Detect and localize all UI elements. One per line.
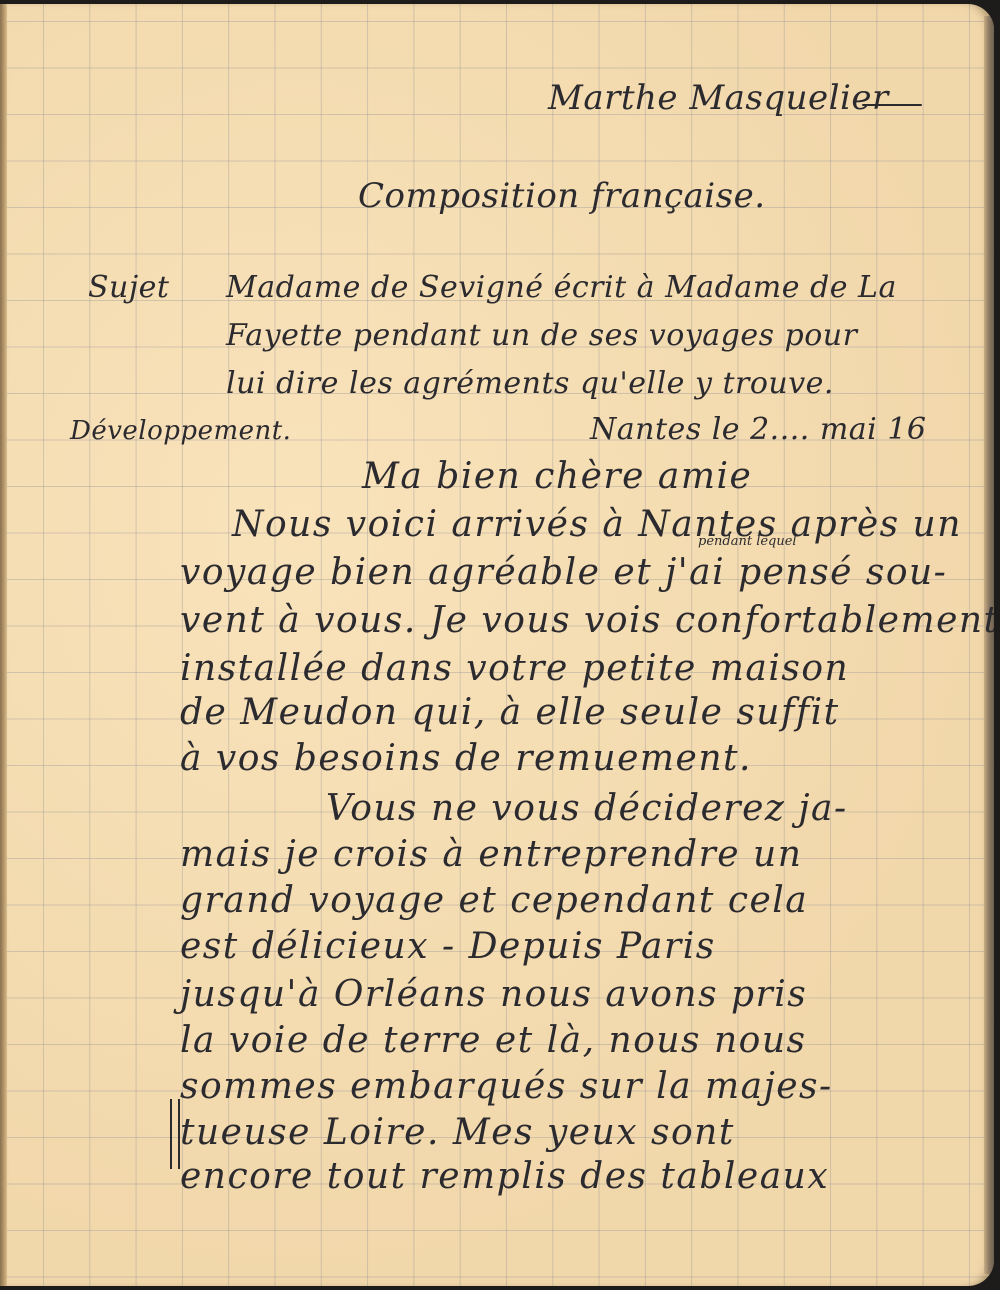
letter-line: grand voyage et cependant cela	[180, 880, 808, 921]
notebook-binding-left	[0, 4, 7, 1286]
subject-label: Sujet	[88, 270, 169, 305]
dateline: Nantes le 2.... mai 16	[590, 412, 927, 447]
subject-line: lui dire les agréments qu'elle y trouve.	[226, 366, 834, 401]
letter-line: mais je crois à entreprendre un	[180, 834, 802, 875]
paragraph-margin-mark	[170, 1099, 180, 1169]
letter-line: tueuse Loire. Mes yeux sont	[180, 1112, 735, 1153]
development-label: Développement.	[70, 416, 291, 446]
salutation: Ma bien chère amie	[362, 456, 752, 497]
letter-line: à vos besoins de remuement.	[180, 738, 752, 779]
notebook-page: Marthe Masquelier Composition française.…	[0, 4, 994, 1286]
letter-line: Vous ne vous déciderez ja-	[326, 788, 848, 829]
page-title: Composition française.	[358, 176, 766, 216]
letter-line: installée dans votre petite maison	[180, 648, 849, 689]
notebook-page-edge	[984, 16, 994, 1274]
letter-line: vent à vous. Je vous vois confortablemen…	[180, 600, 994, 641]
subject-line: Fayette pendant un de ses voyages pour	[226, 318, 857, 353]
letter-line: jusqu'à Orléans nous avons pris	[180, 974, 807, 1015]
letter-line: Nous voici arrivés à Nantes après un	[232, 504, 962, 545]
author-name: Marthe Masquelier	[548, 78, 889, 118]
letter-line: encore tout remplis des tableaux	[180, 1156, 829, 1197]
letter-line: de Meudon qui, à elle seule suffit	[180, 692, 840, 733]
letter-line: la voie de terre et là, nous nous	[180, 1020, 806, 1061]
letter-line: est délicieux - Depuis Paris	[180, 926, 716, 967]
letter-line: voyage bien agréable et j'ai pensé sou-	[180, 552, 947, 593]
letter-line: sommes embarqués sur la majes-	[180, 1066, 833, 1107]
subject-line: Madame de Sevigné écrit à Madame de La	[226, 270, 897, 305]
author-underline	[862, 104, 922, 106]
